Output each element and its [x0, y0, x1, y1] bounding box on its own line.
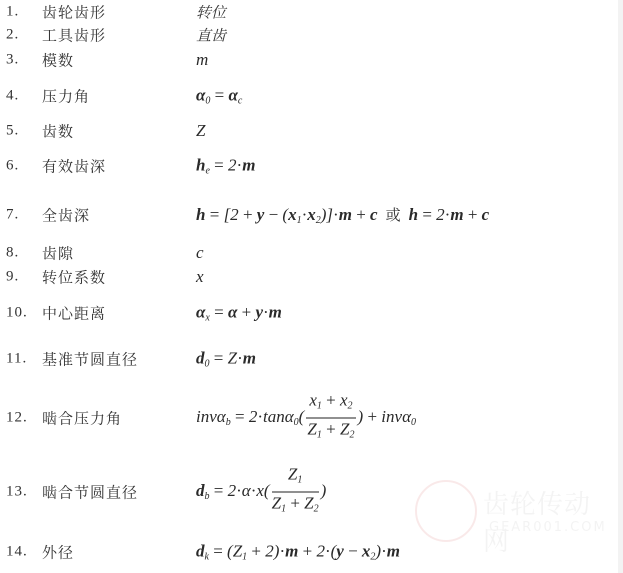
row-value: Z: [196, 121, 205, 141]
row-number: 3.: [6, 52, 19, 69]
row-label: 齿数: [42, 121, 74, 142]
row-value: x: [196, 267, 204, 287]
row-value: m: [196, 50, 208, 70]
row-label: 基准节圆直径: [42, 349, 138, 370]
row-label: 啮合节圆直径: [42, 482, 138, 503]
row-number: 10.: [6, 305, 28, 322]
row-label: 全齿深: [42, 205, 90, 226]
row-formula: invαb = 2·tanα0(x1 + x2Z1 + Z2) + invα0: [196, 391, 416, 446]
watermark: 齿轮传动网 GEAR001.COM: [415, 480, 605, 545]
row-number: 12.: [6, 410, 28, 427]
row-number: 9.: [6, 269, 19, 286]
row-formula: h = [2 + y − (x1·x2)]·m + c或h = 2·m + c: [196, 204, 489, 226]
fraction: x1 + x2Z1 + Z2: [306, 391, 355, 446]
row-number: 7.: [6, 207, 19, 224]
row-number: 11.: [6, 351, 27, 368]
row-label: 转位系数: [42, 267, 106, 288]
row-label: 啮合压力角: [42, 408, 122, 429]
row-label: 有效齿深: [42, 156, 106, 177]
row-number: 14.: [6, 544, 28, 561]
row-number: 5.: [6, 123, 19, 140]
row-label: 齿轮齿形: [42, 2, 106, 23]
row-number: 4.: [6, 88, 19, 105]
row-label: 压力角: [42, 86, 90, 107]
row-formula: αx = α + y·m: [196, 303, 282, 324]
row-label: 齿隙: [42, 243, 74, 264]
row-formula: α0 = αc: [196, 86, 242, 107]
row-number: 2.: [6, 27, 19, 44]
row-label: 外径: [42, 542, 74, 563]
row-value: c: [196, 243, 204, 263]
watermark-subtitle: GEAR001.COM: [489, 520, 607, 535]
row-number: 8.: [6, 245, 19, 262]
row-number: 6.: [6, 158, 19, 175]
right-edge-strip: [618, 0, 623, 573]
fraction: Z1Z1 + Z2: [272, 465, 319, 520]
row-number: 1.: [6, 4, 19, 21]
row-value: 转位: [196, 2, 226, 23]
row-formula: dk = (Z1 + 2)·m + 2·(y − x2)·m: [196, 542, 400, 563]
row-label: 模数: [42, 50, 74, 71]
gear-logo-icon: [415, 480, 477, 542]
row-number: 13.: [6, 484, 28, 501]
row-formula: he = 2·m: [196, 156, 255, 177]
row-label: 工具齿形: [42, 25, 106, 46]
row-formula: db = 2·α·x(Z1Z1 + Z2): [196, 465, 326, 520]
row-label: 中心距离: [42, 303, 106, 324]
row-value: 直齿: [196, 25, 226, 46]
row-formula: d0 = Z·m: [196, 349, 256, 370]
